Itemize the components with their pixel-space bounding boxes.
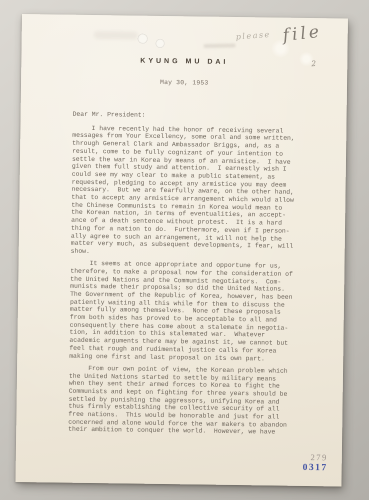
date-line: May 30, 1953 — [160, 79, 209, 87]
letter-body: Dear Mr. President: I have recently had … — [68, 111, 329, 442]
salutation: Dear Mr. President: — [73, 111, 329, 122]
body-paragraph-2: It seems at once appropriate and opportu… — [69, 260, 326, 364]
archive-stamps: 279 0317 — [272, 453, 328, 475]
punch-hole — [156, 39, 165, 48]
handwritten-note-file: file — [282, 22, 323, 46]
body-paragraph-3: From our own point of view, the Korean p… — [68, 364, 325, 437]
archive-number-stamp: 0317 — [272, 463, 328, 474]
punch-hole — [138, 34, 148, 44]
photo-background: please file 2 KYUNG MU DAI May 30, 1953 … — [0, 0, 369, 500]
pencil-smudge — [94, 31, 138, 40]
body-paragraph-1: I have recently had the honor of receivi… — [71, 124, 329, 259]
page-number-stamp: 279 — [272, 453, 328, 463]
letter-page: please file 2 KYUNG MU DAI May 30, 1953 … — [15, 14, 348, 487]
pencil-smudge — [204, 43, 236, 48]
handwritten-note-please: please — [235, 30, 271, 42]
